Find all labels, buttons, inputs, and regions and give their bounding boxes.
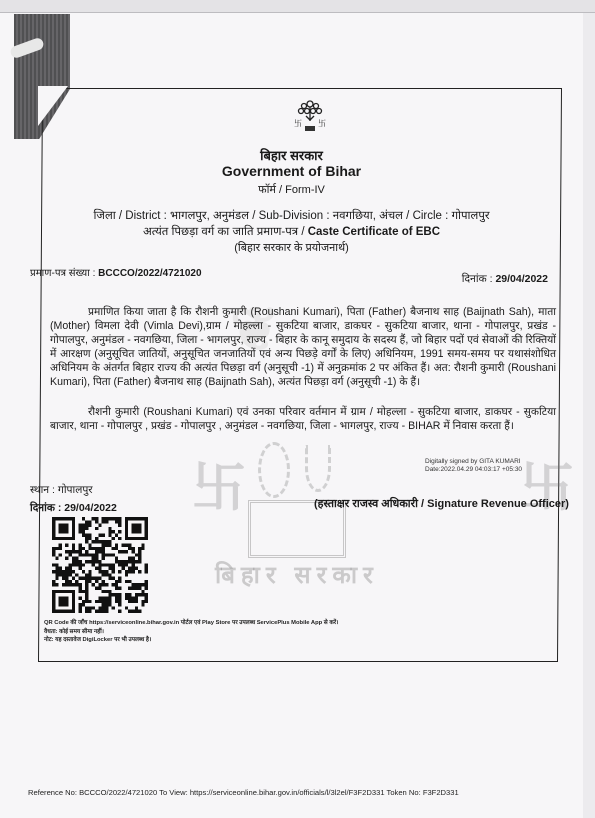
issue-date-value: 29/04/2022 xyxy=(64,502,117,514)
signature-revenue-officer: (हस्ताक्षर राजस्व अधिकारी / Signature Re… xyxy=(314,496,569,511)
subdivision-label: अनुमंडल / Sub-Division xyxy=(213,210,323,222)
reference-footer: Reference No: BCCCO/2022/4721020 To View… xyxy=(28,788,459,797)
residence-paragraph: रौशनी कुमारी (Roushani Kumari) एवं उनका … xyxy=(50,405,556,433)
place-value: गोपालपुर xyxy=(58,484,93,496)
district-label: जिला / District xyxy=(93,210,160,222)
qr-note-validity: वैधता: कोई समय सीमा नहीं। xyxy=(44,628,338,637)
title-hindi: बिहार सरकार xyxy=(0,146,583,164)
district-value: भागलपुर xyxy=(170,210,207,222)
certificate-purpose: (बिहार सरकार के प्रयोजनार्थ) xyxy=(0,240,583,255)
watermark-oval-right xyxy=(305,445,331,492)
certificate-number-value: BCCCO/2022/4721020 xyxy=(98,268,201,279)
jurisdiction-line: जिला / District : भागलपुर, अनुमंडल / Sub… xyxy=(0,208,583,223)
certificate-number-label: प्रमाण-पत्र संख्या xyxy=(30,268,90,279)
certificate-type: अत्यंत पिछड़ा वर्ग का जाति प्रमाण-पत्र /… xyxy=(0,224,583,239)
form-number: फॉर्म / Form-IV xyxy=(0,182,583,197)
certificate-type-hindi: अत्यंत पिछड़ा वर्ग का जाति प्रमाण-पत्र xyxy=(143,226,298,238)
place-label: स्थान xyxy=(30,484,49,496)
title-english: Government of Bihar xyxy=(0,163,583,179)
digital-signature-date: Date:2022.04.29 04:03:17 +05:30 xyxy=(425,466,522,474)
certificate-date: दिनांक : 29/04/2022 xyxy=(462,272,548,286)
qr-note-digilocker: नोट: यह दस्तावेज DigiLocker पर भी उपलब्ध… xyxy=(44,636,338,645)
digital-signature-signer: Digitally signed by GITA KUMARI xyxy=(425,458,522,466)
circle-value: गोपालपुर xyxy=(452,210,490,222)
qr-code-icon[interactable] xyxy=(52,516,148,614)
certificate-number: प्रमाण-पत्र संख्या : BCCCO/2022/4721020 xyxy=(30,265,202,279)
svg-text:卐: 卐 xyxy=(294,119,302,128)
bihar-emblem-icon: 卐 卐 xyxy=(290,94,330,134)
issue-date: दिनांक : 29/04/2022 xyxy=(30,501,117,515)
watermark-oval-left xyxy=(258,442,290,498)
svg-text:卐: 卐 xyxy=(318,119,326,128)
qr-notes: QR Code की जाँच https://serviceonline.bi… xyxy=(44,619,338,645)
page-edge-shadow xyxy=(583,0,595,818)
place: स्थान : गोपालपुर xyxy=(30,483,93,497)
certificate-date-value: 29/04/2022 xyxy=(495,273,548,285)
certificate-date-label: दिनांक xyxy=(462,273,487,285)
issue-date-label: दिनांक xyxy=(30,502,55,514)
subdivision-value: नवगछिया xyxy=(333,210,373,222)
digital-signature: Digitally signed by GITA KUMARI Date:202… xyxy=(425,458,522,474)
certification-paragraph: प्रमाणित किया जाता है कि रौशनी कुमारी (R… xyxy=(50,305,556,389)
circle-label: अंचल / Circle xyxy=(379,210,442,222)
qr-note-verify: QR Code की जाँच https://serviceonline.bi… xyxy=(44,619,338,628)
certificate-type-english: Caste Certificate of EBC xyxy=(308,226,440,238)
scan-top-edge xyxy=(0,0,595,13)
